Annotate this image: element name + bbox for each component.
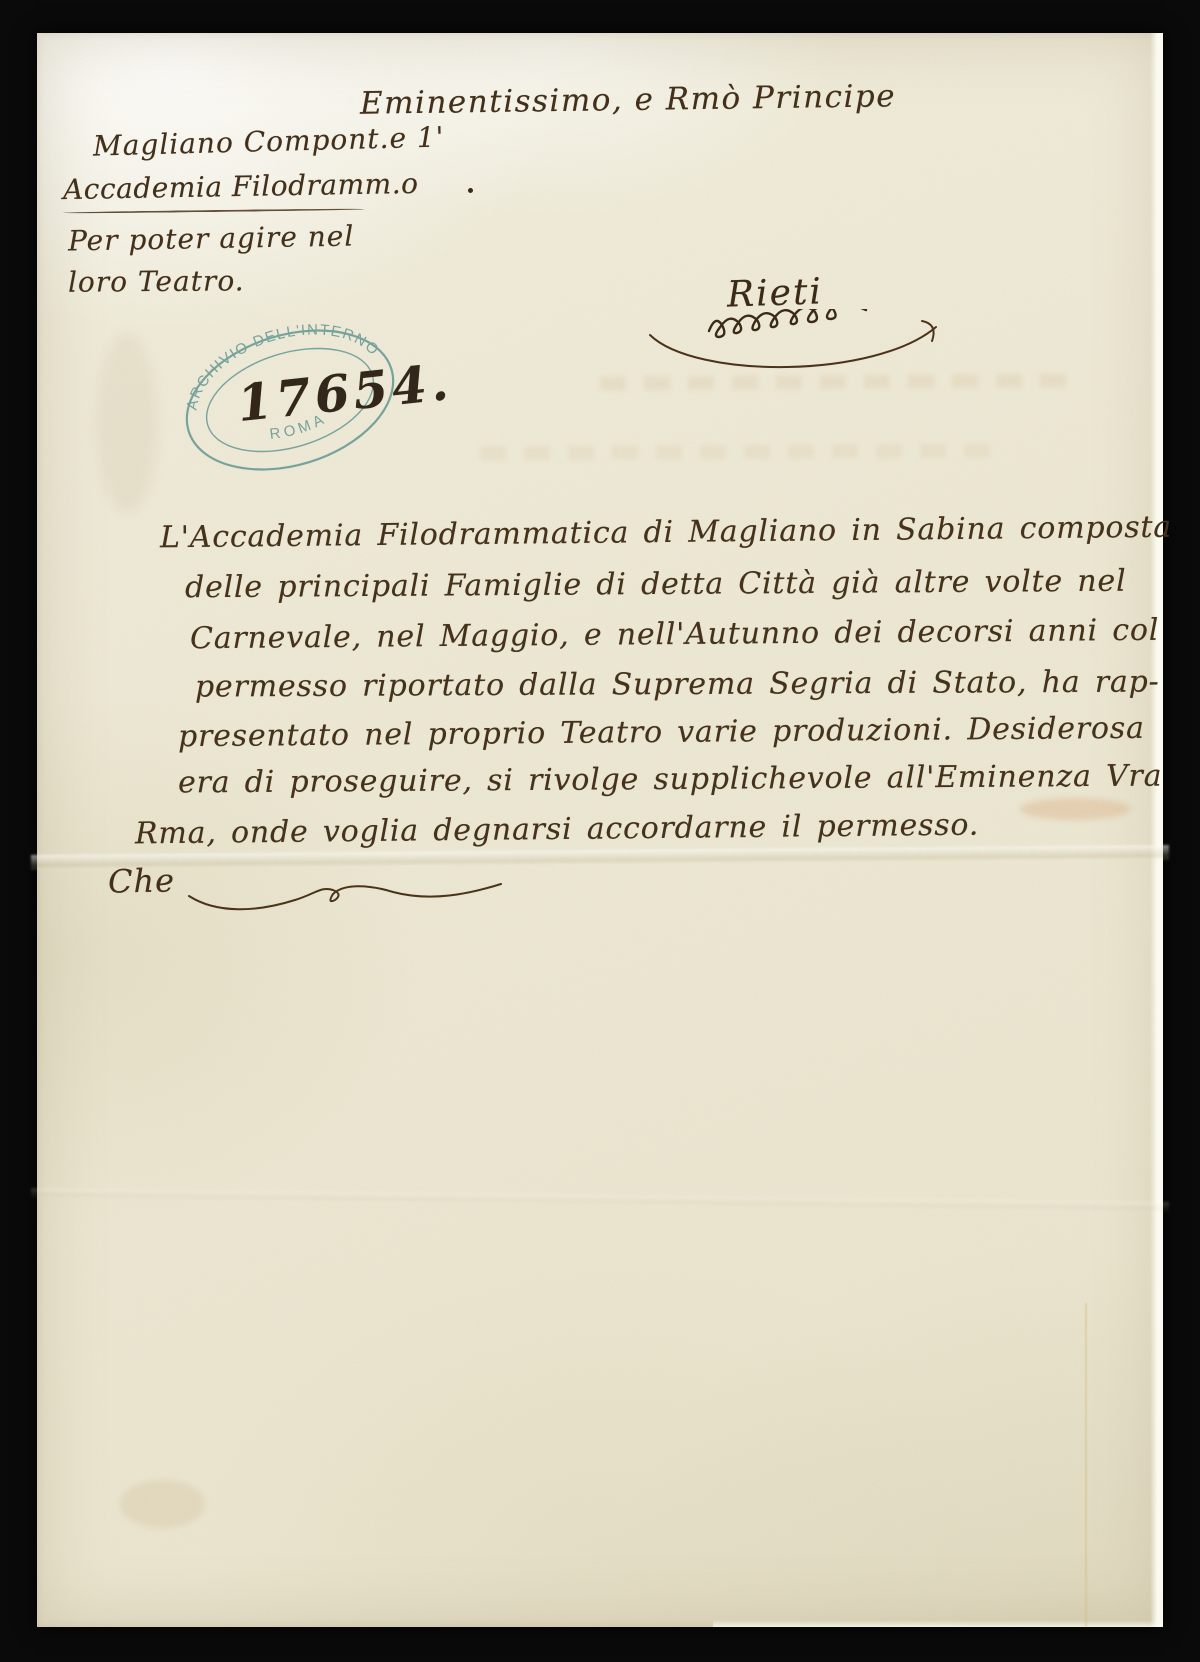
closing-flourish: [187, 876, 507, 922]
scanned-letter-page: { "colors": { "background": "#0a0a0a", "…: [0, 0, 1200, 1662]
letter-salutation: Eminentissimo, e Rmò Principe: [360, 78, 897, 121]
paper-edge-highlight-bottom: [713, 1620, 1163, 1627]
paper-edge-highlight: [1150, 33, 1163, 1627]
stain: [1020, 798, 1130, 820]
closing-word: Che: [108, 861, 176, 900]
body-line: Carnevale, nel Maggio, e nell'Autunno de…: [190, 613, 1159, 656]
horizontal-fold-crease-lower: [31, 1188, 1169, 1212]
stain: [120, 1480, 205, 1528]
docket-line-1: Magliano Compont.e 1': [93, 120, 445, 162]
docket-subject-line-1: Per poter agire nel: [68, 220, 355, 258]
body-line: delle principali Famiglie di detta Città…: [185, 564, 1127, 606]
ink-dot: [468, 188, 473, 193]
docket-subject-line-2: loro Teatro.: [68, 264, 245, 299]
docket-underline: [63, 208, 365, 214]
signature-underline-swash: [640, 317, 950, 381]
body-line: presentato nel proprio Teatro varie prod…: [178, 711, 1145, 754]
letter-sheet: Eminentissimo, e Rmò Principe Magliano C…: [37, 33, 1163, 1627]
body-line: L'Accademia Filodrammatica di Magliano i…: [160, 510, 1172, 556]
docket-line-2: Accademia Filodramm.o: [63, 167, 419, 206]
stain: [97, 333, 157, 513]
ink-bleedthrough: [480, 444, 1000, 461]
body-line: era di proseguire, si rivolge supplichev…: [178, 759, 1163, 801]
body-line: permesso riportato dalla Suprema Segria …: [195, 664, 1160, 704]
body-line: Rma, onde voglia degnarsi accordarne il …: [135, 808, 979, 852]
vertical-fold-line: [1085, 1303, 1087, 1627]
